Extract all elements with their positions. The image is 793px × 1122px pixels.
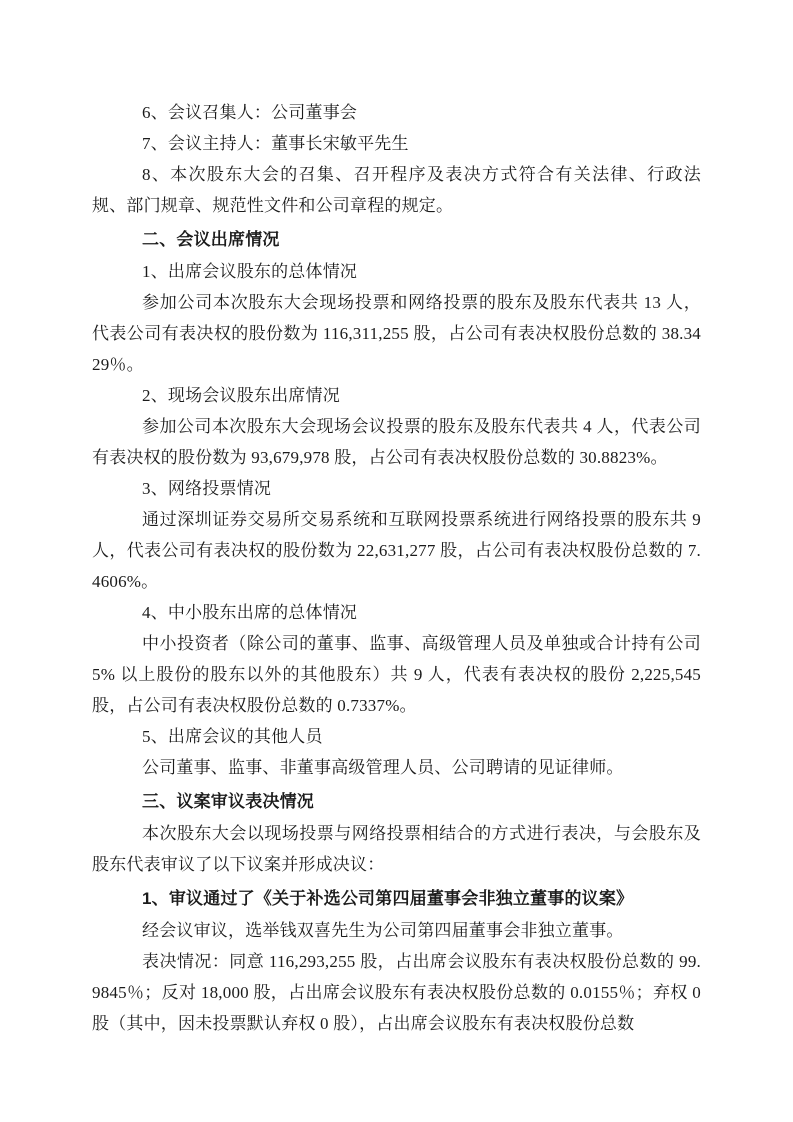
paragraph: 参加公司本次股东大会现场会议投票的股东及股东代表共 4 人，代表公司有表决权的股…: [92, 411, 701, 473]
paragraph: 参加公司本次股东大会现场投票和网络投票的股东及股东代表共 13 人，代表公司有表…: [92, 287, 701, 380]
paragraph: 8、本次股东大会的召集、召开程序及表决方式符合有关法律、行政法规、部门规章、规范…: [92, 159, 701, 221]
paragraph: 经会议审议，选举钱双喜先生为公司第四届董事会非独立董事。: [92, 915, 701, 946]
paragraph: 表决情况：同意 116,293,255 股，占出席会议股东有表决权股份总数的 9…: [92, 946, 701, 1039]
document-page: 6、会议召集人：公司董事会7、会议主持人：董事长宋敏平先生8、本次股东大会的召集…: [0, 0, 793, 1122]
paragraph: 本次股东大会以现场投票与网络投票相结合的方式进行表决，与会股东及股东代表审议了以…: [92, 818, 701, 880]
paragraph: 4、中小股东出席的总体情况: [92, 597, 701, 628]
paragraph: 5、出席会议的其他人员: [92, 721, 701, 752]
paragraph: 通过深圳证券交易所交易系统和互联网投票系统进行网络投票的股东共 9 人，代表公司…: [92, 504, 701, 597]
document-body: 6、会议召集人：公司董事会7、会议主持人：董事长宋敏平先生8、本次股东大会的召集…: [92, 97, 701, 1039]
paragraph: 中小投资者（除公司的董事、监事、高级管理人员及单独或合计持有公司 5% 以上股份…: [92, 628, 701, 721]
paragraph: 7、会议主持人：董事长宋敏平先生: [92, 128, 701, 159]
section-heading: 三、议案审议表决情况: [92, 786, 701, 817]
section-heading: 二、会议出席情况: [92, 224, 701, 255]
resolution-heading: 1、审议通过了《关于补选公司第四届董事会非独立董事的议案》: [92, 883, 701, 914]
paragraph: 1、出席会议股东的总体情况: [92, 256, 701, 287]
paragraph: 3、网络投票情况: [92, 473, 701, 504]
paragraph: 2、现场会议股东出席情况: [92, 380, 701, 411]
paragraph: 公司董事、监事、非董事高级管理人员、公司聘请的见证律师。: [92, 752, 701, 783]
paragraph: 6、会议召集人：公司董事会: [92, 97, 701, 128]
